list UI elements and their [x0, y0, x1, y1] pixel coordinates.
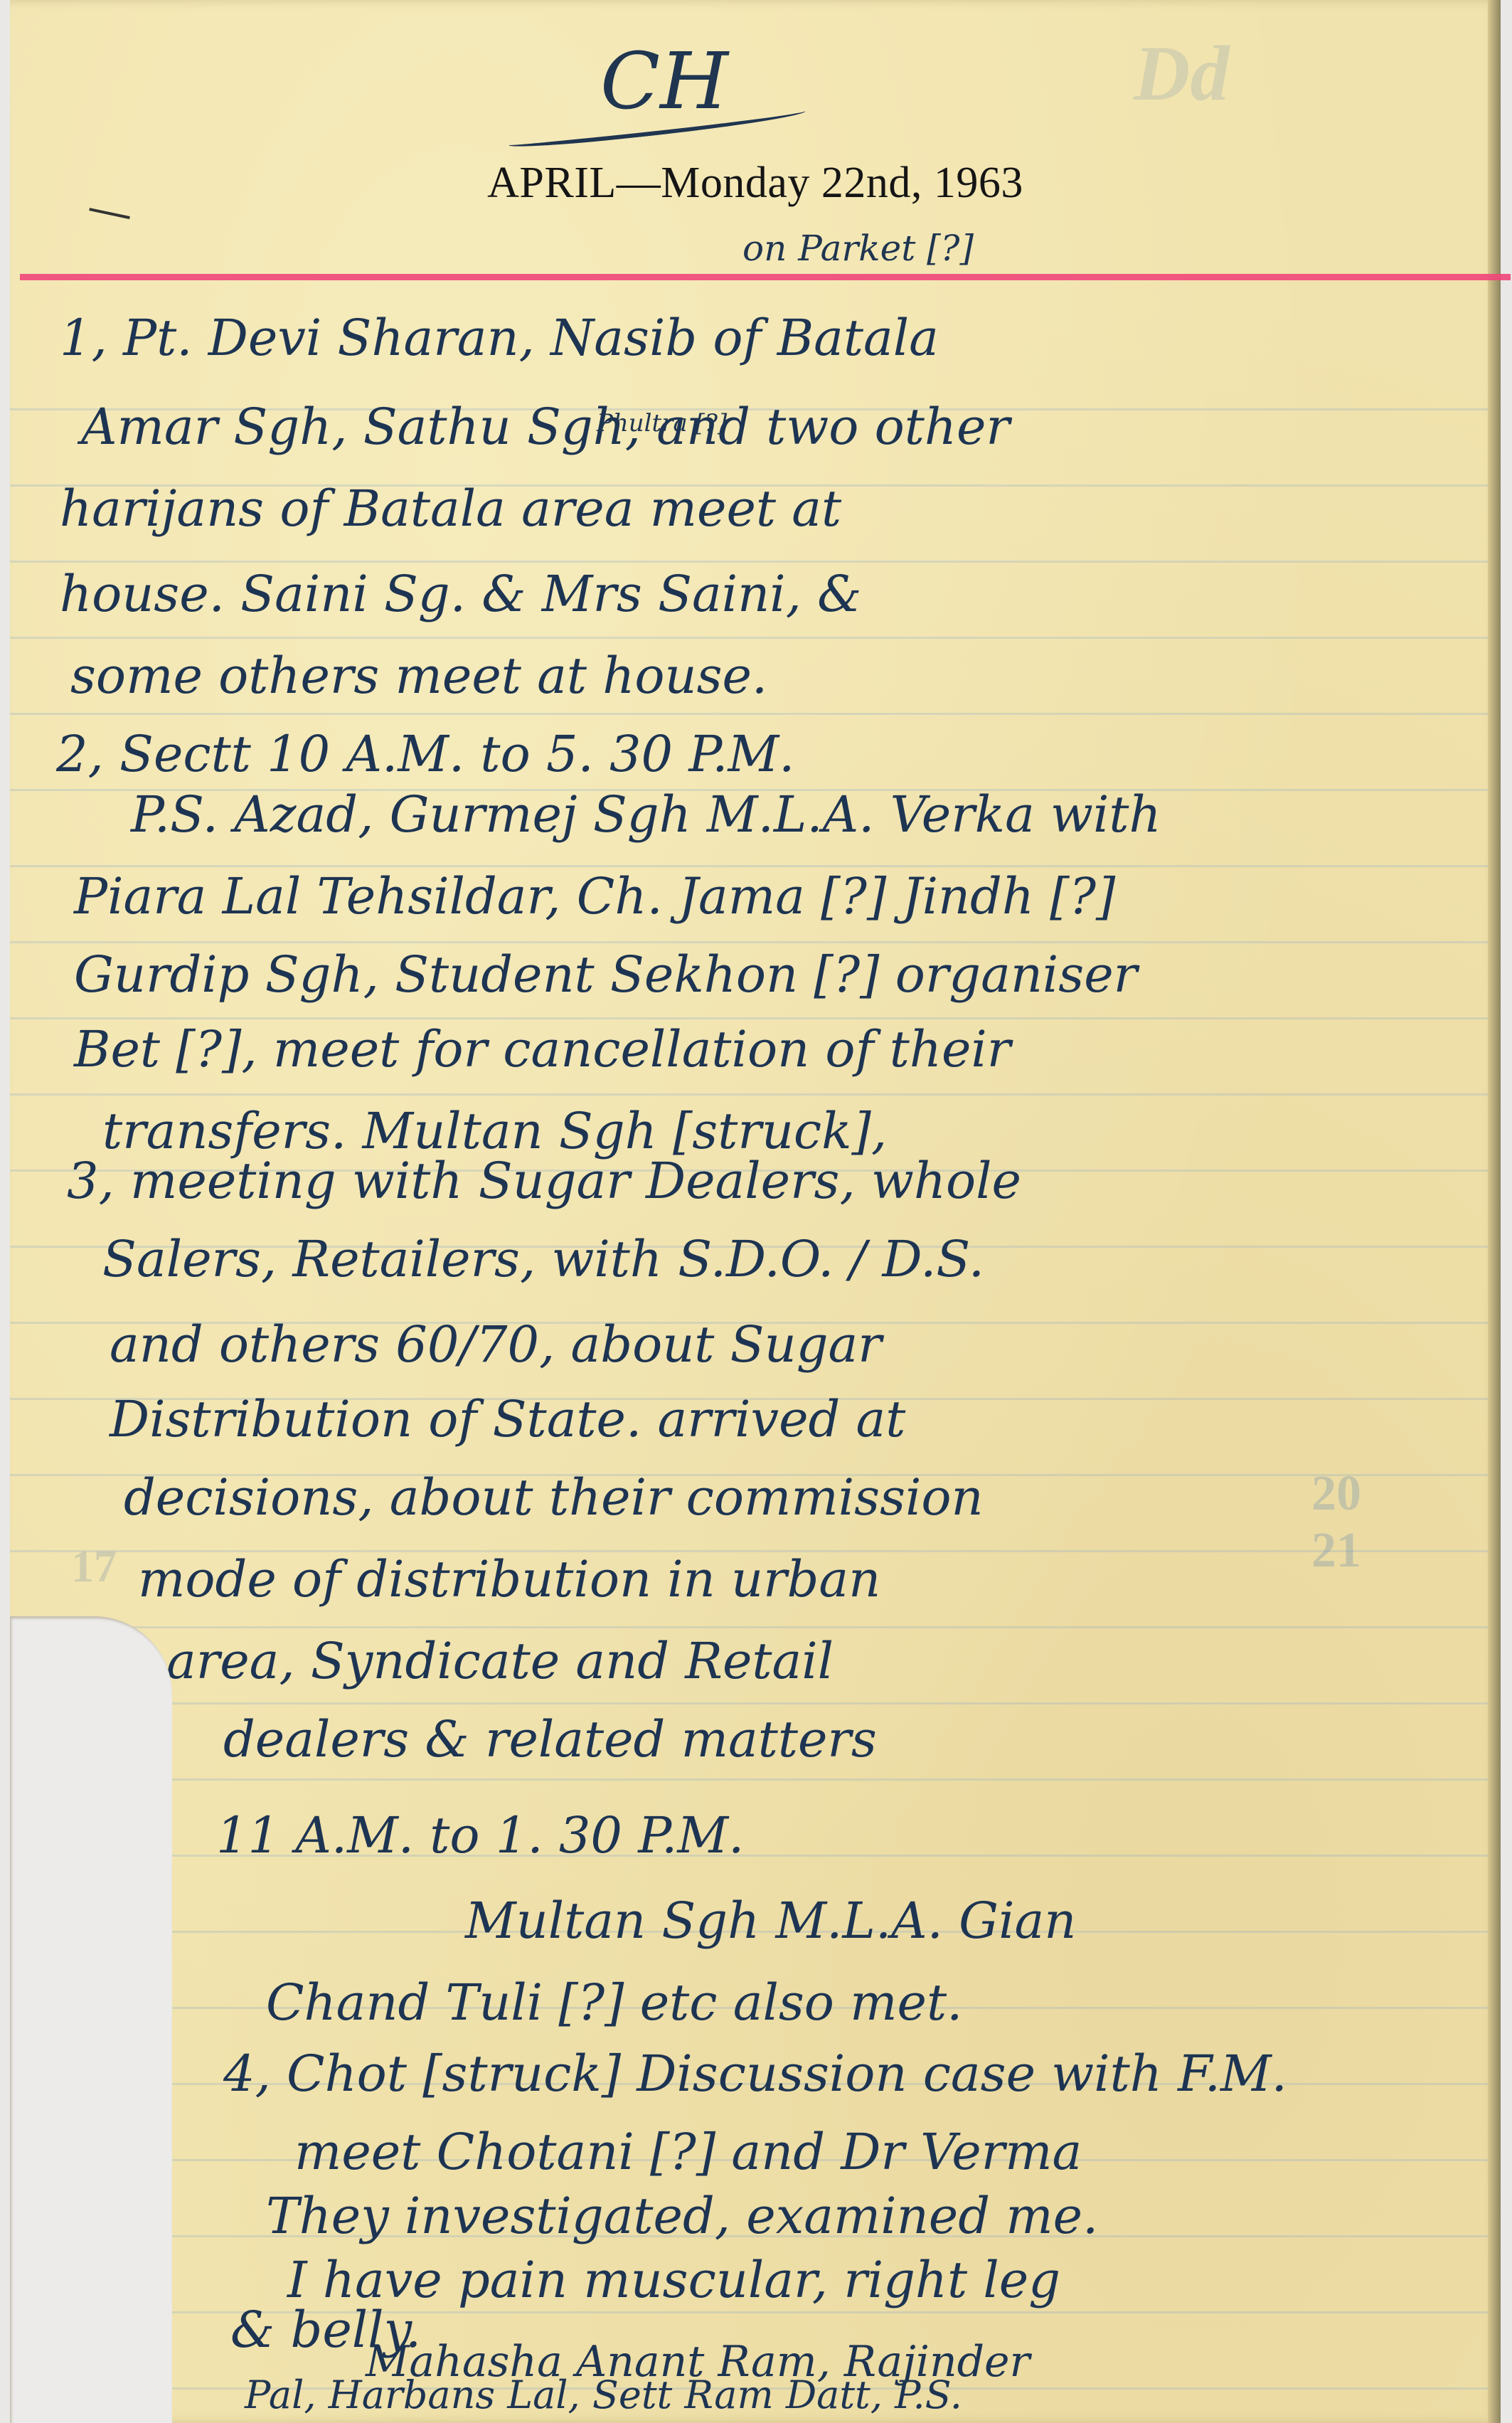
entry-line: house. Saini Sg. & Mrs Saini, &: [60, 569, 861, 619]
entry-line: I have pain muscular, right leg: [287, 2255, 1060, 2305]
handwritten-insertion: on Parket [?]: [742, 228, 974, 269]
margin-tick-mark: [87, 208, 130, 226]
bleed-through-number: 21: [1311, 1522, 1361, 1579]
entry-line: 3, meeting with Sugar Dealers, whole: [67, 1156, 1021, 1206]
entry-line: harijans of Batala area meet at: [60, 484, 841, 534]
entry-line: Multan Sgh M.L.A. Gian: [465, 1896, 1076, 1946]
initials-mark: CH: [600, 36, 728, 127]
entry-line: Gurdip Sgh, Student Sekhon [?] organiser: [74, 950, 1137, 1000]
entry-line: Bet [?], meet for cancellation of their: [74, 1024, 1011, 1074]
entry-line: area, Syndicate and Retail: [166, 1636, 834, 1686]
entry-line: Chand Tuli [?] etc also met.: [266, 1978, 962, 2027]
bleed-through-number: 17: [71, 1540, 117, 1593]
entry-line: some others meet at house.: [70, 651, 767, 701]
entry-line: transfers. Multan Sgh [struck],: [102, 1106, 887, 1156]
entry-line: mode of distribution in urban: [138, 1554, 880, 1604]
entry-line: P.S. Azad, Gurmej Sgh M.L.A. Verka with: [131, 790, 1161, 839]
entry-line: Piara Lal Tehsildar, Ch. Jama [?] Jindh …: [74, 871, 1115, 921]
margin-rule: [20, 274, 1511, 280]
entry-line: meet Chotani [?] and Dr Verma: [294, 2127, 1082, 2177]
entry-line: decisions, about their commission: [124, 1473, 984, 1522]
bleed-through-number: 20: [1311, 1465, 1361, 1522]
entry-line: dealers & related matters: [223, 1714, 877, 1764]
entry-line: Distribution of State. arrived at: [110, 1394, 905, 1444]
printed-date-header: APRIL—Monday 22nd, 1963: [10, 158, 1501, 208]
entry-line: 2, Sectt 10 A.M. to 5. 30 P.M.: [56, 729, 794, 779]
bleed-through-mark: Dd: [1134, 28, 1229, 119]
entry-line: and others 60/70, about Sugar: [110, 1320, 882, 1369]
entry-line: Salers, Retailers, with S.D.O. / D.S.: [102, 1234, 984, 1284]
entry-line: 1, Pt. Devi Sharan, Nasib of Batala: [60, 313, 939, 363]
diary-page: Dd 20 21 17 CH APRIL—Monday 22nd, 1963 o…: [10, 0, 1501, 2423]
entry-line: They investigated, examined me.: [266, 2191, 1098, 2241]
page-edge-shadow: [1488, 0, 1501, 2423]
page-notch-cutout: [10, 1616, 172, 2423]
entry-line: 4, Chot [struck] Discussion case with F.…: [223, 2049, 1287, 2099]
entry-line: 11 A.M. to 1. 30 P.M.: [216, 1810, 744, 1860]
entry-line: Amar Sgh, Sathu Sgh, and two other: [81, 402, 1010, 452]
